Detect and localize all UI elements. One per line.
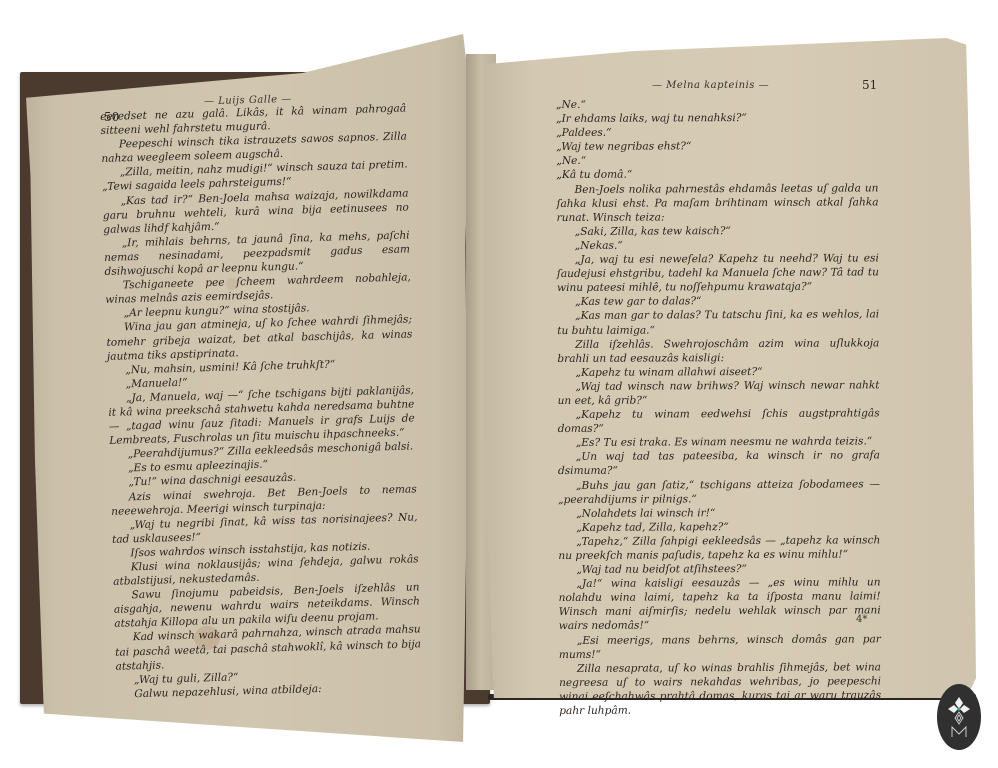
- paragraph: „Esi meerigs, mans behrns, winsch domâs …: [559, 632, 881, 662]
- paragraph: Zilla iſzehlâs. Swehrojoschâm azim wina …: [557, 336, 879, 366]
- paragraph: „Waj tad winsch naw brihws? Waj winsch n…: [557, 378, 879, 408]
- signature-mark: 4*: [856, 614, 867, 625]
- left-page-text: eeredset ne azu galâ. Likâs, it kâ winam…: [100, 101, 422, 701]
- paragraph: „Ja!“ wina kaisligi eesauzâs — „es winu …: [559, 575, 881, 633]
- paragraph: „Ja, waj tu esi neweſela? Kapehz tu neeh…: [557, 251, 879, 295]
- paragraph: Zilla nesaprata, uſ ko winas brahlis ſih…: [559, 660, 881, 718]
- paragraph: „Un waj tad tas pateesiba, ka winsch ir …: [558, 449, 880, 479]
- paragraph: „Ja, Manuela, waj —“ ſche tschigans bijt…: [108, 383, 415, 448]
- right-page-number: 51: [862, 78, 877, 92]
- paragraph: „Kapehz tu winam eedwehsi ſchis augstpra…: [558, 406, 880, 436]
- watermark-logo: [937, 684, 981, 750]
- paragraph: „Tapehz,“ Zilla ſahpigi eekleedsâs — „ta…: [558, 533, 880, 563]
- right-page-text: „Ne.“„Ir ehdams laiks, waj tu nenahksi?“…: [556, 96, 881, 718]
- paragraph: Ben-Joels nolika pahrnestâs ehdamâs leet…: [556, 181, 878, 225]
- paragraph: „Kas man gar to dalas? Tu tatschu ſini, …: [557, 308, 879, 338]
- right-running-head: — Melna kapteinis —: [652, 80, 769, 91]
- paragraph: „Buhs jau gan ſatiz,“ tschigans atteiza …: [558, 477, 880, 507]
- ornament-m-logo-icon: [944, 693, 974, 741]
